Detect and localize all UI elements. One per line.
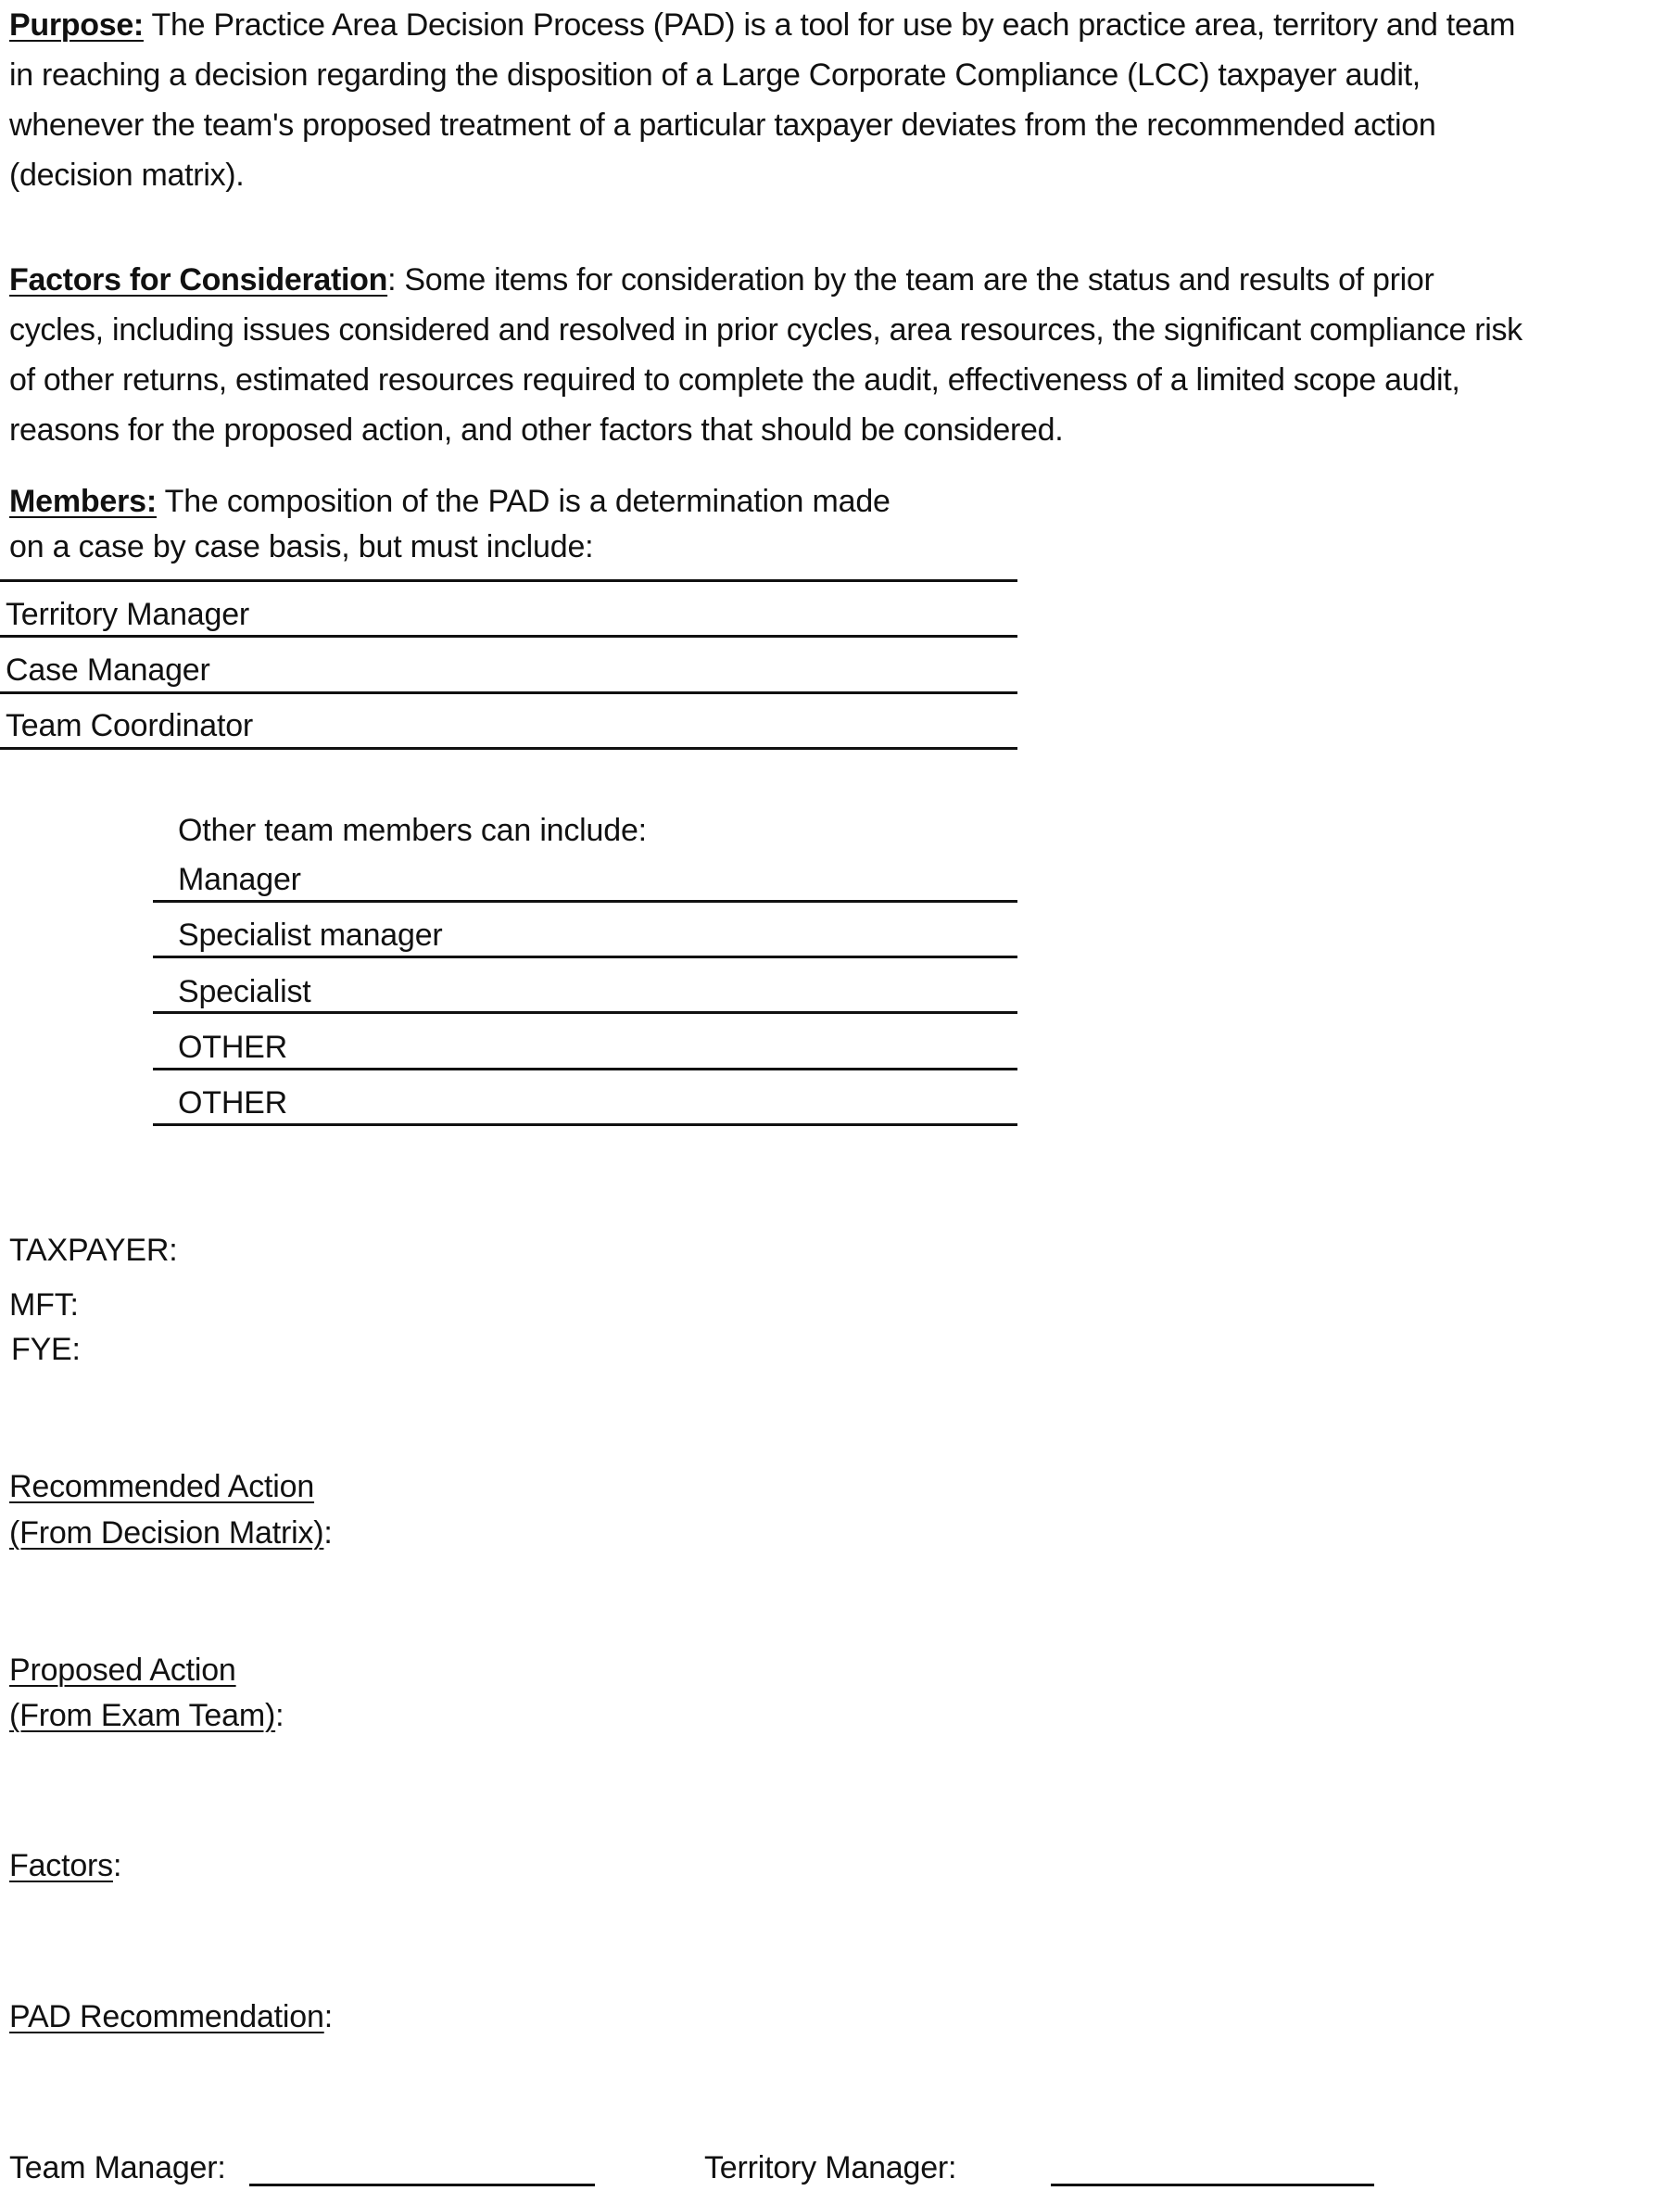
factors-line: cycles, including issues considered and … [9, 305, 1677, 355]
members-heading: Members: [9, 484, 157, 519]
other-member[interactable]: Specialist [178, 973, 311, 1010]
purpose-line: in reaching a decision regarding the dis… [9, 50, 1677, 100]
proposed-action-label: Proposed Action [9, 1653, 236, 1688]
divider [153, 956, 1017, 958]
colon: : [324, 1999, 333, 2034]
purpose-line: whenever the team's proposed treatment o… [9, 100, 1677, 150]
team-manager-signature-line[interactable] [249, 2184, 595, 2186]
purpose-paragraph: Purpose: The Practice Area Decision Proc… [9, 0, 1677, 200]
proposed-action-source-label: (From Exam Team) [9, 1698, 275, 1733]
recommended-action-heading: Recommended Action [9, 1468, 314, 1505]
required-member[interactable]: Territory Manager [6, 596, 249, 633]
divider [0, 691, 1017, 694]
territory-manager-label: Territory Manager: [704, 2149, 956, 2186]
colon: : [275, 1698, 284, 1733]
divider [0, 747, 1017, 750]
required-member[interactable]: Team Coordinator [6, 707, 253, 744]
other-member[interactable]: Manager [178, 861, 301, 898]
purpose-line: The Practice Area Decision Process (PAD)… [144, 7, 1515, 43]
required-member[interactable]: Case Manager [6, 652, 210, 689]
divider [0, 579, 1017, 582]
factors-line: of other returns, estimated resources re… [9, 355, 1677, 405]
factors-line: : Some items for consideration by the te… [387, 262, 1434, 298]
purpose-line: (decision matrix). [9, 150, 1677, 200]
members-line: The composition of the PAD is a determin… [157, 484, 891, 519]
colon: : [323, 1515, 332, 1551]
recommended-action-label: Recommended Action [9, 1469, 314, 1504]
divider [153, 1123, 1017, 1126]
colon: : [113, 1848, 121, 1883]
factors-heading: Factors for Consideration [9, 262, 387, 298]
other-members-label: Other team members can include: [178, 812, 647, 849]
proposed-action-source: (From Exam Team): [9, 1697, 284, 1734]
divider [153, 1011, 1017, 1014]
mft-label: MFT: [9, 1286, 79, 1323]
recommended-action-source-label: (From Decision Matrix) [9, 1515, 323, 1551]
purpose-heading: Purpose: [9, 7, 144, 43]
factors-field: Factors: [9, 1847, 121, 1884]
other-member[interactable]: OTHER [178, 1084, 287, 1121]
divider [0, 635, 1017, 638]
taxpayer-label: TAXPAYER: [9, 1232, 177, 1269]
divider [153, 900, 1017, 903]
fye-label: FYE: [11, 1331, 81, 1368]
members-line: on a case by case basis, but must includ… [9, 528, 593, 565]
divider [153, 1068, 1017, 1070]
recommended-action-source: (From Decision Matrix): [9, 1514, 333, 1551]
factors-paragraph: Factors for Consideration: Some items fo… [9, 255, 1677, 455]
members-intro: Members: The composition of the PAD is a… [9, 483, 891, 520]
proposed-action-heading: Proposed Action [9, 1652, 236, 1689]
factors-line: reasons for the proposed action, and oth… [9, 405, 1677, 455]
pad-recommendation-label: PAD Recommendation [9, 1999, 324, 2034]
other-member[interactable]: OTHER [178, 1029, 287, 1066]
territory-manager-signature-line[interactable] [1051, 2184, 1374, 2186]
pad-recommendation-field: PAD Recommendation: [9, 1998, 333, 2035]
team-manager-label: Team Manager: [9, 2149, 226, 2186]
factors-label: Factors [9, 1848, 113, 1883]
other-member[interactable]: Specialist manager [178, 917, 443, 954]
